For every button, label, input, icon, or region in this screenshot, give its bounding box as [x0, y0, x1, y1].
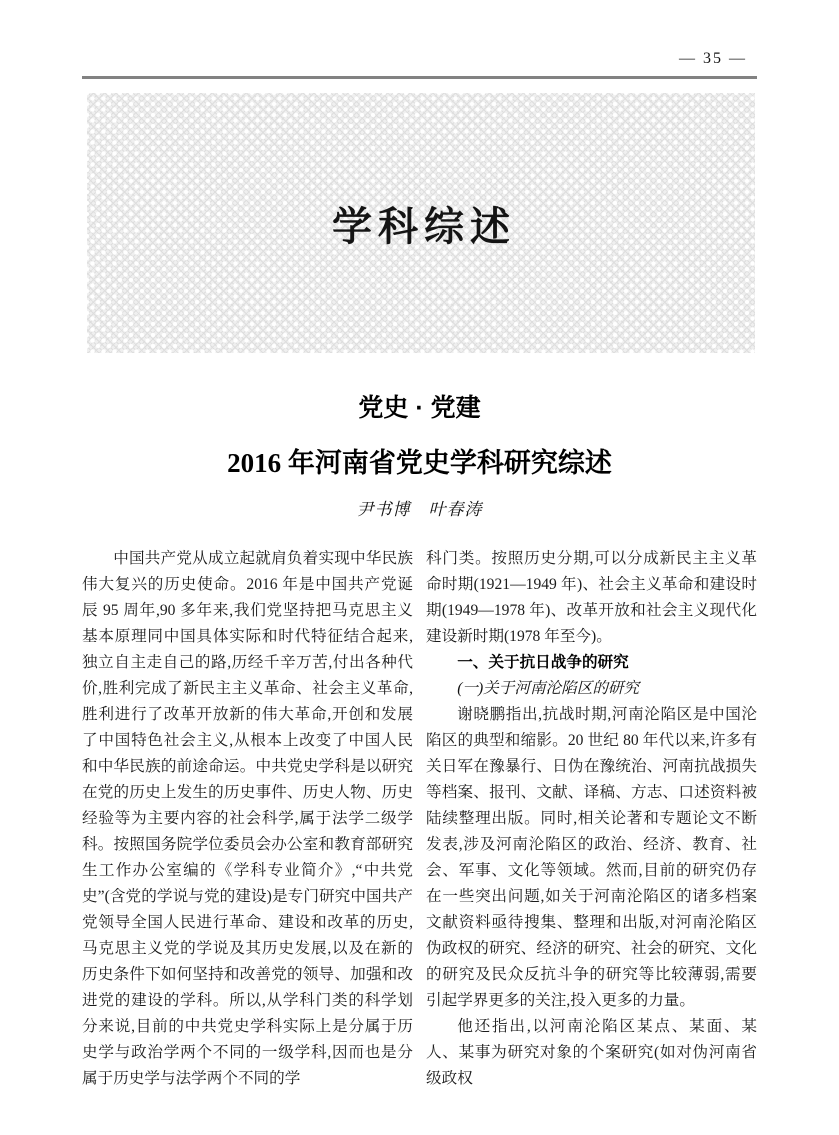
- section-banner: 学科综述: [87, 93, 755, 353]
- journal-page: — 35 — 学科综述 党史 · 党建 2016 年河南省党史学科研究综述 尹书…: [0, 0, 839, 1135]
- right-column: 科门类。按照历史分期,可以分成新民主主义革命时期(1921—1949 年)、社会…: [426, 546, 757, 1092]
- intro-paragraph-continued: 科门类。按照历史分期,可以分成新民主主义革命时期(1921—1949 年)、社会…: [426, 546, 757, 650]
- left-column: 中国共产党从成立起就肩负着实现中华民族伟大复兴的历史使命。2016 年是中国共产…: [82, 546, 413, 1092]
- case-study-paragraph: 他还指出,以河南沦陷区某点、某面、某人、某事为研究对象的个案研究(如对伪河南省级…: [426, 1014, 757, 1092]
- column-heading: 党史 · 党建: [82, 388, 757, 424]
- body-columns: 中国共产党从成立起就肩负着实现中华民族伟大复兴的历史使命。2016 年是中国共产…: [82, 546, 757, 1092]
- research-paragraph: 谢晓鹏指出,抗战时期,河南沦陷区是中国沦陷区的典型和缩影。20 世纪 80 年代…: [426, 702, 757, 1014]
- banner-title: 学科综述: [326, 195, 516, 252]
- intro-paragraph: 中国共产党从成立起就肩负着实现中华民族伟大复兴的历史使命。2016 年是中国共产…: [82, 546, 413, 1092]
- article-title: 2016 年河南省党史学科研究综述: [82, 441, 757, 480]
- article-authors: 尹书博 叶春涛: [82, 495, 757, 520]
- page-number: — 35 —: [679, 50, 747, 68]
- header-rule: [82, 76, 757, 79]
- section-1-1-subheading: (一)关于河南沦陷区的研究: [426, 676, 757, 702]
- section-1-heading: 一、关于抗日战争的研究: [426, 650, 757, 676]
